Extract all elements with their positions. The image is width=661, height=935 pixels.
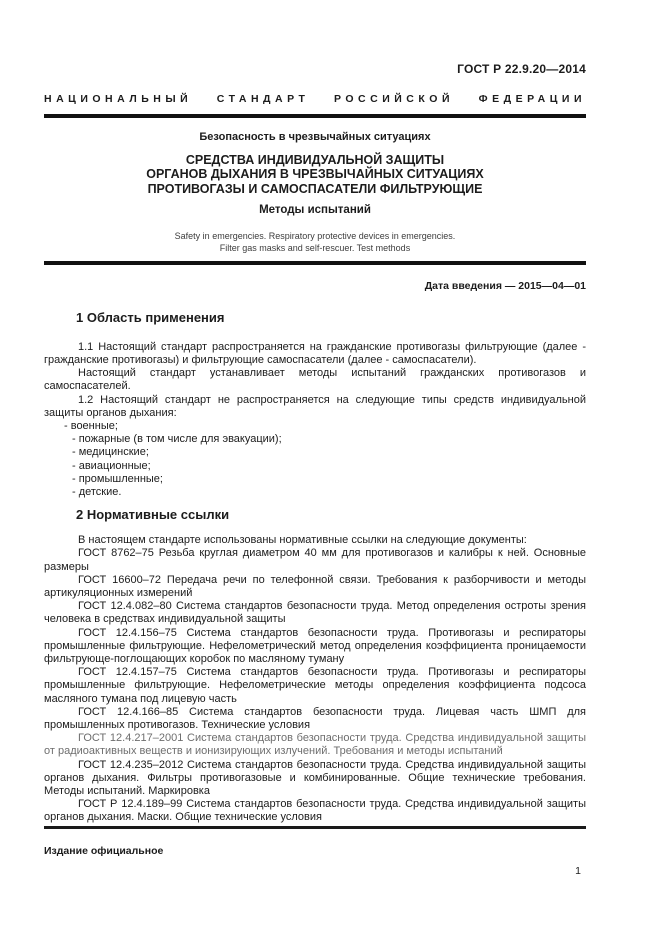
- list-item: - пожарные (в том числе для эвакуации);: [44, 433, 586, 446]
- reference-item: ГОСТ Р 12.4.189–99 Система стандартов бе…: [44, 798, 586, 824]
- doc-title-english: Safety in emergencies. Respiratory prote…: [44, 230, 586, 254]
- doc-code: ГОСТ Р 22.9.20—2014: [44, 62, 586, 76]
- header-rule: [44, 114, 586, 118]
- reference-item: ГОСТ 16600–72 Передача речи по телефонно…: [44, 574, 586, 600]
- effective-date: Дата введения — 2015—04—01: [44, 280, 586, 293]
- document-page: ГОСТ Р 22.9.20—2014 НАЦИОНАЛЬНЫЙ СТАНДАР…: [0, 0, 661, 935]
- list-item: - авиационные;: [44, 460, 586, 473]
- page-number: 1: [44, 865, 586, 878]
- reference-item: ГОСТ 8762–75 Резьба круглая диаметром 40…: [44, 547, 586, 573]
- standard-designation: НАЦИОНАЛЬНЫЙ СТАНДАРТ РОССИЙСКОЙ ФЕДЕРАЦ…: [44, 92, 586, 106]
- paragraph: Настоящий стандарт устанавливает методы …: [44, 367, 586, 393]
- edition-note: Издание официальное: [44, 845, 586, 858]
- reference-item: ГОСТ 12.4.156–75 Система стандартов безо…: [44, 627, 586, 667]
- list-item: - военные;: [44, 420, 586, 433]
- doc-title-line: СРЕДСТВА ИНДИВИДУАЛЬНОЙ ЗАЩИТЫ: [44, 153, 586, 168]
- doc-subject: Безопасность в чрезвычайных ситуациях: [44, 131, 586, 144]
- section-2-body: В настоящем стандарте использованы норма…: [44, 534, 586, 824]
- page-footer: Издание официальное 1: [44, 826, 586, 878]
- doc-subtitle: Методы испытаний: [44, 204, 586, 217]
- doc-title-english-line: Safety in emergencies. Respiratory prote…: [44, 230, 586, 242]
- paragraph: В настоящем стандарте использованы норма…: [44, 534, 586, 547]
- reference-item: ГОСТ 12.4.157–75 Система стандартов безо…: [44, 666, 586, 706]
- list-item: - детские.: [44, 486, 586, 499]
- reference-item: ГОСТ 12.4.235–2012 Система стандартов бе…: [44, 759, 586, 799]
- doc-title-english-line: Filter gas masks and self-rescuer. Test …: [44, 242, 586, 254]
- section-1-body: 1.1 Настоящий стандарт распространяется …: [44, 341, 586, 499]
- section-1-heading: 1 Область применения: [76, 310, 586, 325]
- title-rule: [44, 261, 586, 265]
- paragraph: 1.1 Настоящий стандарт распространяется …: [44, 341, 586, 367]
- doc-title-line: ОРГАНОВ ДЫХАНИЯ В ЧРЕЗВЫЧАЙНЫХ СИТУАЦИЯХ: [44, 167, 586, 182]
- doc-title-line: ПРОТИВОГАЗЫ И САМОСПАСАТЕЛИ ФИЛЬТРУЮЩИЕ: [44, 182, 586, 197]
- doc-title: СРЕДСТВА ИНДИВИДУАЛЬНОЙ ЗАЩИТЫ ОРГАНОВ Д…: [44, 153, 586, 197]
- list-item: - медицинские;: [44, 446, 586, 459]
- section-2-heading: 2 Нормативные ссылки: [76, 507, 586, 522]
- reference-item: ГОСТ 12.4.217–2001 Система стандартов бе…: [44, 732, 586, 758]
- title-block: Безопасность в чрезвычайных ситуациях СР…: [44, 131, 586, 255]
- reference-item: ГОСТ 12.4.166–85 Система стандартов безо…: [44, 706, 586, 732]
- paragraph: 1.2 Настоящий стандарт не распространяет…: [44, 394, 586, 420]
- footer-rule: [44, 826, 586, 829]
- list-item: - промышленные;: [44, 473, 586, 486]
- reference-item: ГОСТ 12.4.082–80 Система стандартов безо…: [44, 600, 586, 626]
